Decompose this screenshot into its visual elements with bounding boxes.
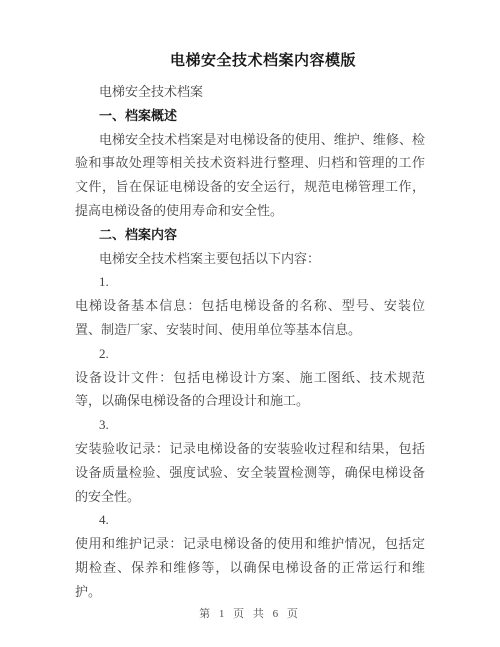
list-item-text: 安装验收记录：记录电梯设备的安装验收过程和结果，包括设备质量检验、强度试验、安全… bbox=[75, 437, 425, 508]
list-item-number: 3. bbox=[75, 413, 425, 437]
list-item-number: 4. bbox=[75, 508, 425, 532]
content-intro-paragraph: 电梯安全技术档案主要包括以下内容： bbox=[75, 247, 425, 271]
list-item-text: 设备设计文件：包括电梯设计方案、施工图纸、技术规范等，以确保电梯设备的合理设计和… bbox=[75, 366, 425, 414]
list-item-text: 电梯设备基本信息：包括电梯设备的名称、型号、安装位置、制造厂家、安装时间、使用单… bbox=[75, 294, 425, 342]
document-body: 电梯安全技术档案 一、档案概述 电梯安全技术档案是对电梯设备的使用、维护、维修、… bbox=[0, 80, 500, 604]
overview-paragraph: 电梯安全技术档案是对电梯设备的使用、维护、维修、检验和事故处理等相关技术资料进行… bbox=[75, 128, 425, 223]
list-item-text: 使用和维护记录：记录电梯设备的使用和维护情况，包括定期检查、保养和维修等，以确保… bbox=[75, 532, 425, 603]
page-number-footer: 第 1 页 共 6 页 bbox=[0, 605, 500, 621]
list-item-number: 2. bbox=[75, 342, 425, 366]
section-heading-overview: 一、档案概述 bbox=[75, 104, 425, 128]
document-subtitle: 电梯安全技术档案 bbox=[75, 80, 425, 104]
document-title: 电梯安全技术档案内容模版 bbox=[13, 0, 500, 72]
list-item-number: 1. bbox=[75, 270, 425, 294]
section-heading-content: 二、档案内容 bbox=[75, 223, 425, 247]
document-page: 电梯安全技术档案内容模版 电梯安全技术档案 一、档案概述 电梯安全技术档案是对电… bbox=[0, 0, 500, 647]
